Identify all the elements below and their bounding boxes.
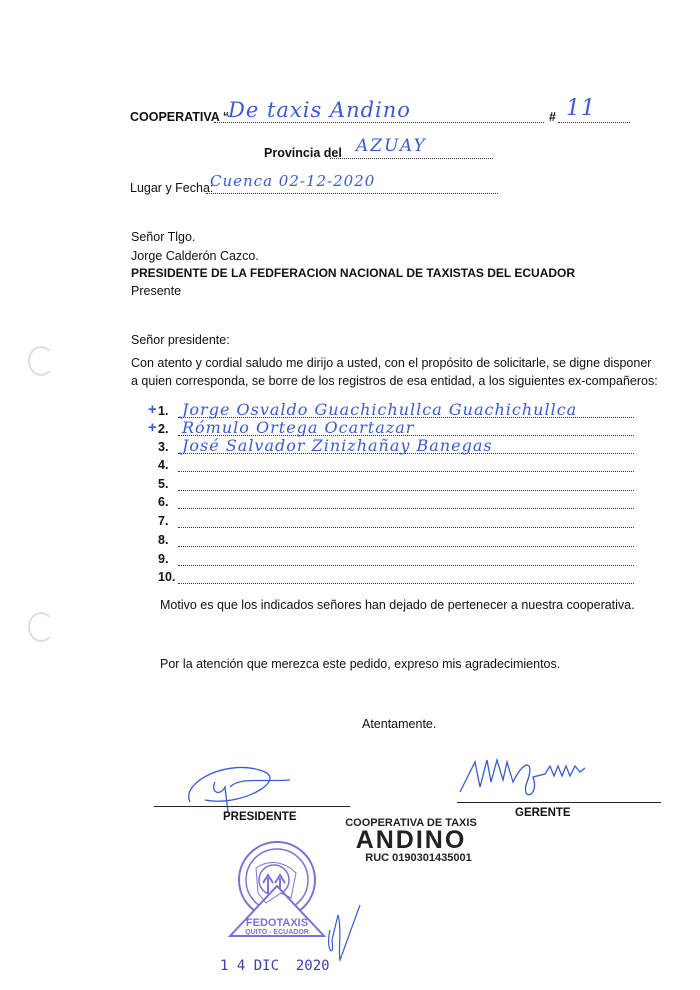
list-item-name: Rómulo Ortega Ocartazar: [182, 418, 414, 437]
list-item-line: [178, 583, 634, 584]
cross-mark: +: [148, 419, 157, 436]
list-item: 6.: [158, 495, 634, 513]
coop-stamp-line-2: ANDINO: [336, 826, 486, 855]
recipient-name: Jorge Calderón Cazco.: [131, 248, 259, 264]
list-item: 7.: [158, 514, 634, 532]
recipient-position: PRESIDENTE DE LA FEDFERACION NACIONAL DE…: [131, 265, 575, 281]
fedotaxis-line-1: FEDOTAXIS: [234, 917, 320, 929]
list-item: 8.: [158, 533, 634, 551]
lugar-fecha-label: Lugar y Fecha:: [130, 180, 213, 196]
list-item-name: José Salvador Zinizhañay Banegas: [182, 436, 493, 455]
list-item-name: Jorge Osvaldo Guachichullca Guachichullc…: [182, 400, 577, 419]
list-item: 5.: [158, 477, 634, 495]
cross-mark: +: [148, 401, 157, 418]
list-item-number: 3.: [158, 440, 168, 454]
lugar-fecha-field-line: [206, 193, 498, 194]
recipient-title: Señor Tlgo.: [131, 229, 195, 245]
list-item-line: [178, 508, 634, 509]
closing-text: Por la atención que merezca este pedido,…: [160, 656, 560, 672]
list-item-number: 9.: [158, 552, 168, 566]
list-item-number: 2.: [158, 422, 168, 436]
list-item-line: [178, 471, 634, 472]
manager-signature-line: [457, 802, 661, 803]
date-stamp: 1 4 DIC 2020: [220, 958, 315, 974]
president-label: PRESIDENTE: [223, 809, 297, 825]
list-item: 9.: [158, 552, 634, 570]
recipient-presente: Presente: [131, 283, 181, 299]
provincia-value: AZUAY: [356, 136, 427, 156]
list-item-number: 6.: [158, 495, 168, 509]
manager-signature-icon: [455, 752, 605, 807]
list-item-number: 1.: [158, 404, 168, 418]
reason-text: Motivo es que los indicados señores han …: [160, 597, 635, 613]
number-field-line: [558, 122, 630, 123]
list-item-line: [178, 546, 634, 547]
lugar-fecha-value: Cuenca 02-12-2020: [210, 172, 375, 190]
fedotaxis-line-2: QUITO - ECUADOR: [234, 929, 320, 936]
list-item: 10.: [158, 570, 634, 588]
list-item-line: [178, 527, 634, 528]
president-signature-line: [154, 806, 350, 807]
list-item: 4.: [158, 458, 634, 476]
paragraph-line-1: Con atento y cordial saludo me dirijo a …: [131, 355, 651, 371]
punch-hole: [28, 612, 54, 642]
list-item-number: 10.: [158, 570, 175, 584]
coop-stamp-line-3: RUC 0190301435001: [336, 852, 501, 864]
manager-label: GERENTE: [515, 805, 571, 821]
list-item-number: 8.: [158, 533, 168, 547]
provincia-field-line: [330, 158, 493, 159]
list-item-number: 7.: [158, 514, 168, 528]
list-item: 3. José Salvador Zinizhañay Banegas: [158, 440, 634, 458]
list-item-number: 4.: [158, 458, 168, 472]
paragraph-line-2: a quien corresponda, se borre de los reg…: [131, 373, 658, 389]
list-item-line: [178, 565, 634, 566]
cooperativa-field-line: [214, 122, 544, 123]
punch-hole: [28, 346, 54, 376]
number-value: 11: [566, 96, 596, 121]
list-item-number: 5.: [158, 477, 168, 491]
sign-off: Atentamente.: [362, 716, 436, 732]
number-label: #: [549, 109, 556, 125]
salutation: Señor presidente:: [131, 332, 230, 348]
list-item-line: [178, 490, 634, 491]
cooperativa-value: De taxis Andino: [228, 98, 411, 122]
